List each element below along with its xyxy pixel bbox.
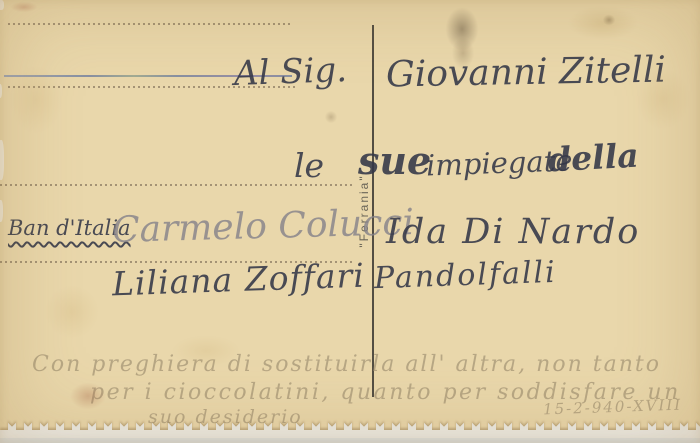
- paper-stain: [440, 0, 484, 58]
- edge-nick: [0, 200, 3, 222]
- paper-stain: [36, 276, 108, 348]
- signature-ida-di-nardo: Ida Di Nardo: [386, 212, 640, 252]
- recipient-name: Giovanni Zitelli: [386, 50, 667, 96]
- paper-stain: [6, 0, 42, 14]
- paper-stain: [556, 0, 650, 46]
- dedication-word-le: le: [294, 146, 324, 185]
- signature-pandolfalli: Pandolfalli: [373, 255, 557, 296]
- recipient-title: Al Sig.: [233, 50, 347, 94]
- edge-nick: [0, 0, 4, 10]
- printed-dotted-line-top: [8, 23, 291, 25]
- signature-liliana-zoffari: Liliana Zoffari: [111, 256, 365, 304]
- pencil-date: 15-2-940-XVIII: [543, 396, 683, 419]
- dedication-word-della: della: [547, 136, 639, 180]
- paper-stain: [600, 12, 618, 28]
- edge-nick: [0, 84, 2, 98]
- edge-nick: [0, 140, 4, 180]
- postcard-back: "Ferrania" Al Sig. Giovanni Zitelli le s…: [0, 0, 700, 443]
- deckle-edge: [0, 430, 700, 443]
- paper-stain: [322, 108, 340, 126]
- pencil-note-line-1: Con preghiera di sostituirla all' altra,…: [32, 352, 661, 377]
- paper-stain: [0, 54, 72, 146]
- dedication-word-sue: sue: [358, 138, 431, 183]
- signature-carmelo-colucci: Carmelo Colucci: [112, 202, 415, 251]
